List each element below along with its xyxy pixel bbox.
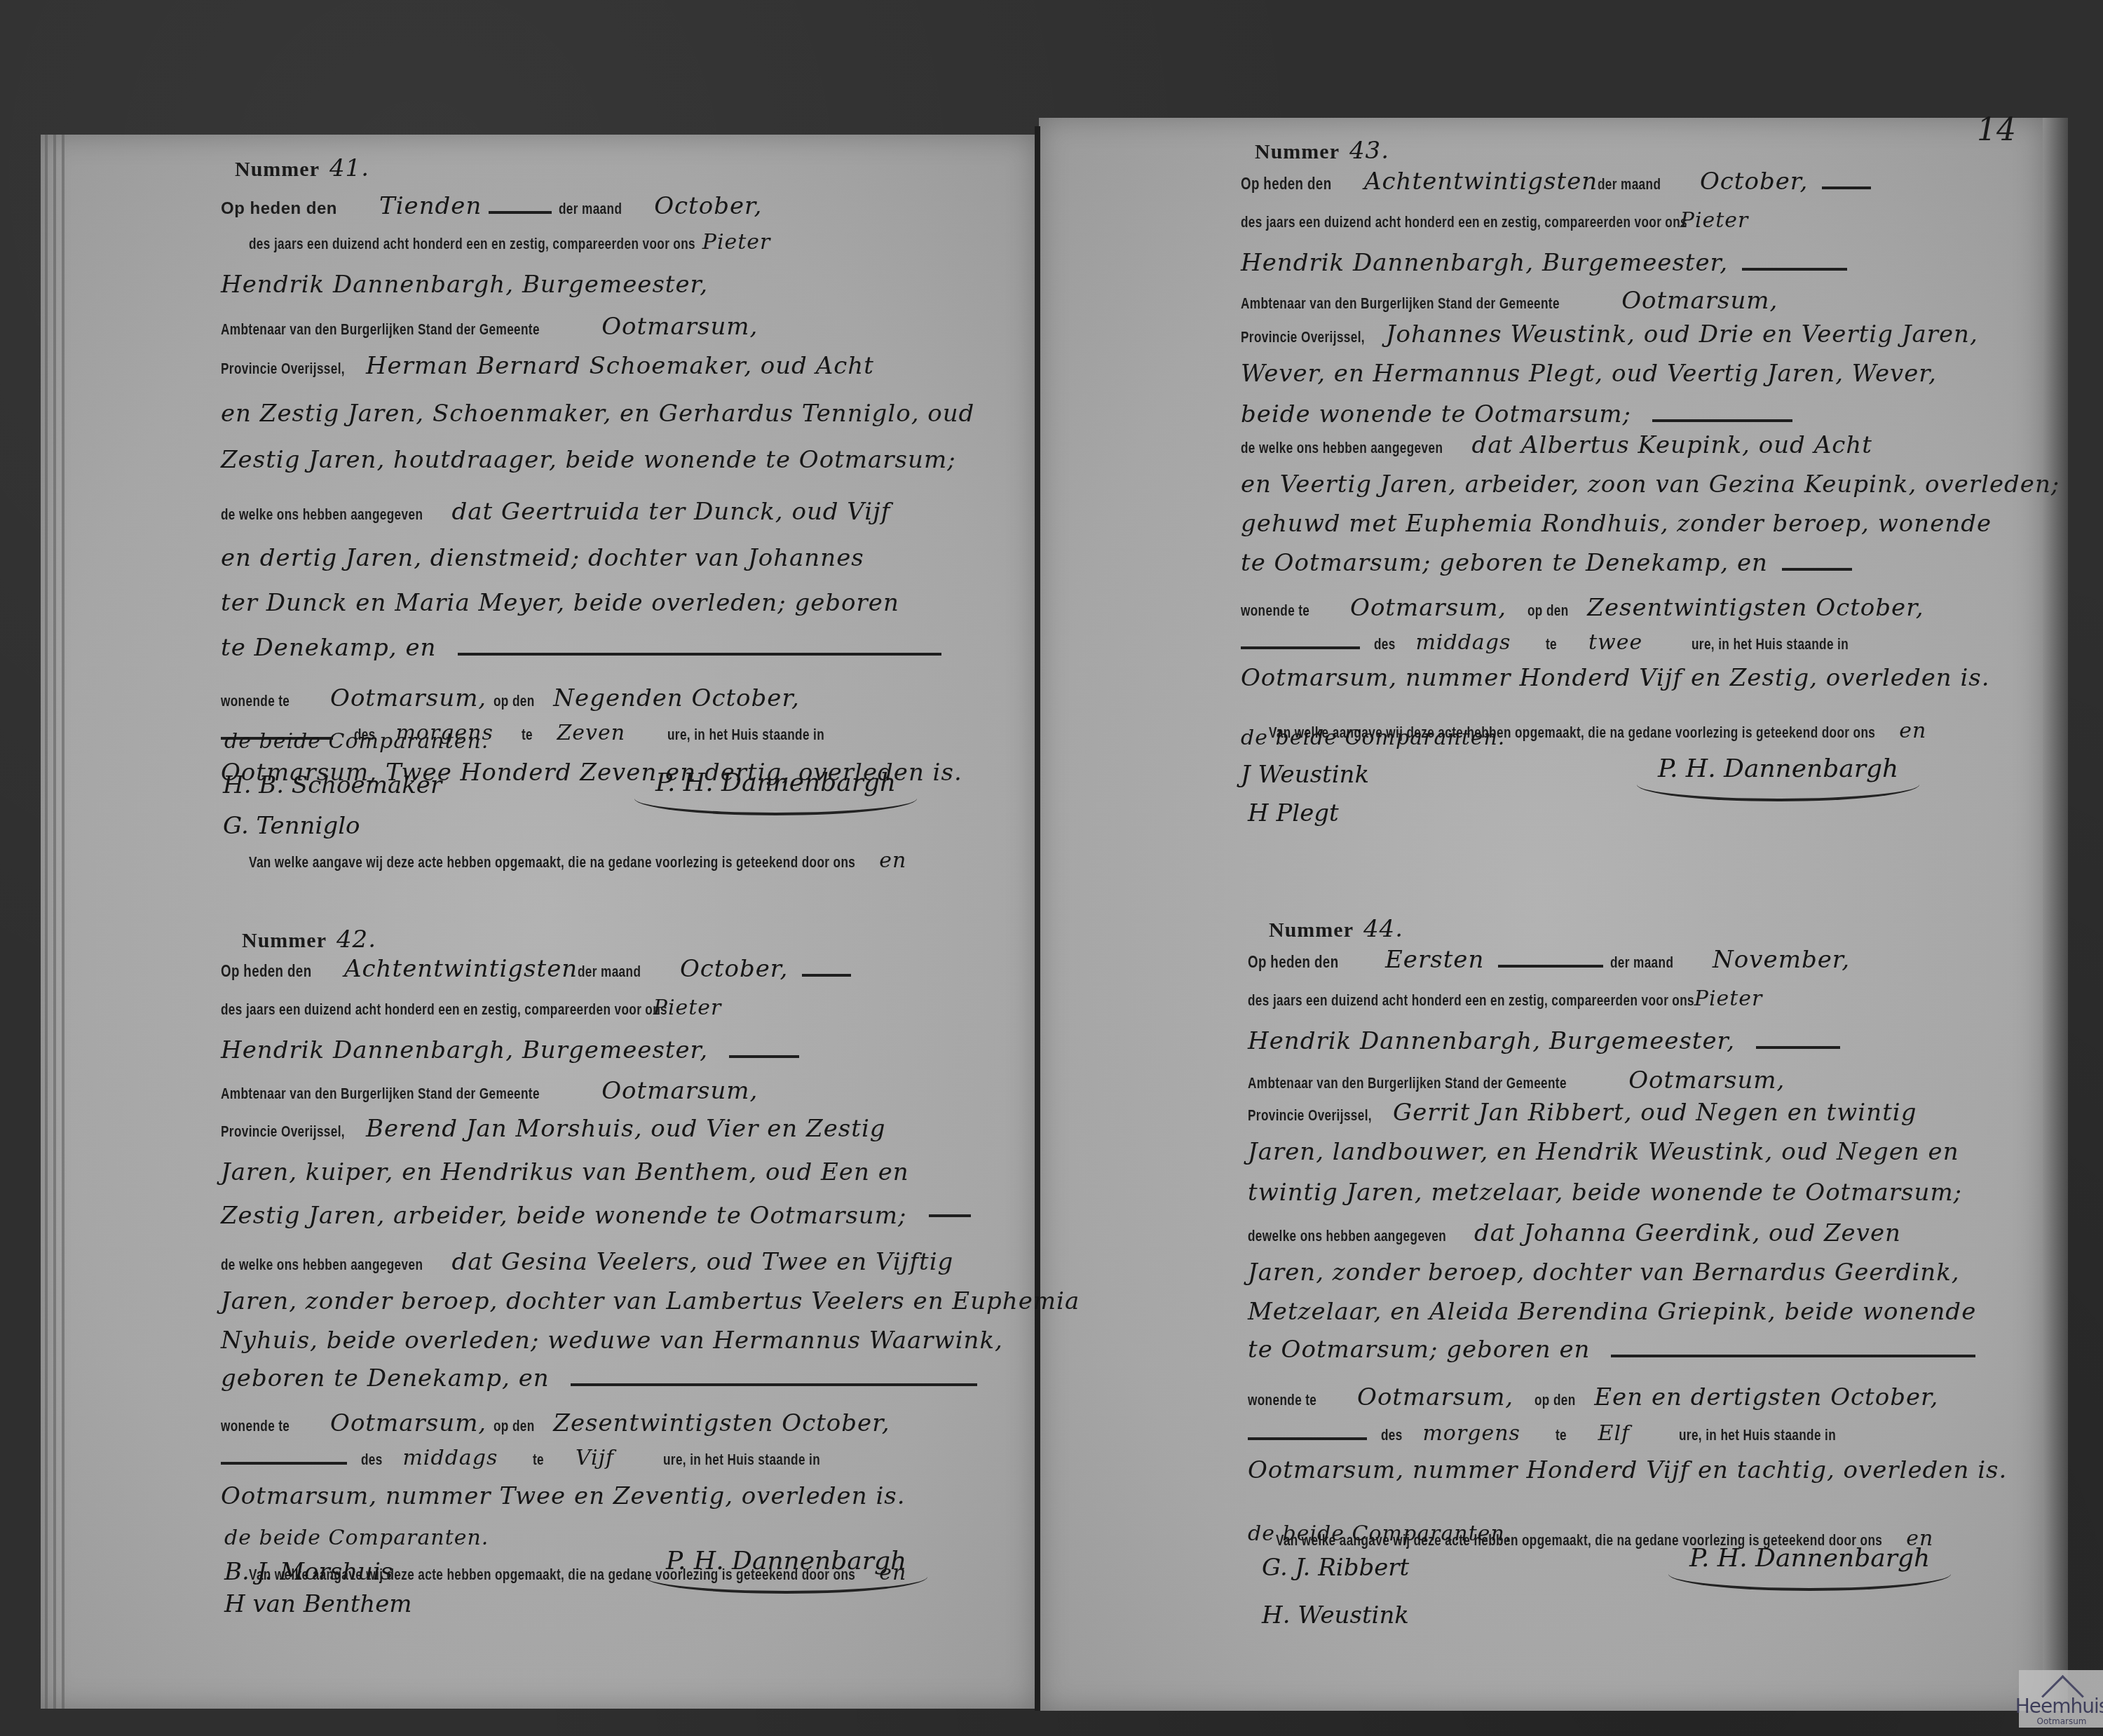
deceased-line: Nyhuis, beide overleden; weduwe van Herm… xyxy=(221,1327,1003,1355)
op-den-label: op den xyxy=(494,1417,535,1435)
de-welke-label: de welke ons hebben aangegeven xyxy=(221,506,423,524)
declarants-line: Herman Bernard Schoemaker, oud Acht xyxy=(366,352,874,380)
de-welke-label: de welke ons hebben aangegeven xyxy=(1241,439,1443,457)
house-field: Ootmarsum, nummer Honderd Vijf en Zestig… xyxy=(1241,664,1990,692)
signature-declarant: G. Tenniglo xyxy=(223,812,360,840)
signature-official: P. H. Dannenbargh xyxy=(645,1542,927,1594)
death-date-field: Een en dertigsten October, xyxy=(1594,1383,1938,1411)
death-date-field: Zesentwintigsten October, xyxy=(1587,594,1924,622)
declarants-line: Zestig Jaren, arbeider, beide wonende te… xyxy=(221,1202,906,1230)
des-label: des xyxy=(361,1451,383,1469)
declarants-line: Jaren, kuiper, en Hendrikus van Benthem,… xyxy=(221,1158,909,1186)
declarants-line: Berend Jan Morshuis, oud Vier en Zestig xyxy=(366,1115,886,1143)
deceased-line: dat Gesina Veelers, oud Twee en Vijftig xyxy=(452,1248,954,1276)
signing-line: de beide Comparanten. xyxy=(1241,726,1505,750)
residence-field: Ootmarsum, xyxy=(1350,594,1506,622)
official-first-name: Pieter xyxy=(1680,208,1749,233)
de-welke-label: dewelke ons hebben aangegeven xyxy=(1248,1227,1446,1245)
page-edge xyxy=(45,135,48,1709)
page-stack-edge xyxy=(2043,118,2068,1711)
record-number: 42. xyxy=(336,925,376,954)
signing-line: de beide Comparanten. xyxy=(224,1526,489,1550)
signature-declarant: J Weustink xyxy=(1241,761,1369,789)
te-label: te xyxy=(1556,1426,1567,1444)
deceased-line: Jaren, zonder beroep, dochter van Bernar… xyxy=(1248,1259,1960,1287)
gemeente-field: Ootmarsum, xyxy=(601,1077,758,1105)
residence-field: Ootmarsum, xyxy=(330,684,486,712)
house-field: Ootmarsum, nummer Twee en Zeventig, over… xyxy=(221,1482,906,1510)
ambtenaar-label: Ambtenaar van den Burgerlijken Stand der… xyxy=(1248,1074,1567,1092)
deceased-line: gehuwd met Euphemia Rondhuis, zonder ber… xyxy=(1241,510,1992,538)
signature-declarant: H Plegt xyxy=(1248,799,1339,827)
der-maand-label: der maand xyxy=(1610,954,1673,972)
der-maand-label: der maand xyxy=(559,200,622,218)
signature-declarant: H. B. Schoemaker xyxy=(223,771,442,799)
ure-label: ure, in het Huis staande in xyxy=(667,726,824,744)
nummer-label: Nummer xyxy=(235,158,320,182)
deceased-line: te Ootmarsum; geboren en xyxy=(1248,1336,1590,1364)
day-field: Achtentwintigsten xyxy=(1364,168,1598,196)
day-field: Tienden xyxy=(379,192,482,220)
nummer-label: Nummer xyxy=(1269,918,1354,942)
des-label: des xyxy=(1374,635,1396,653)
provincie-label: Provincie Overijssel, xyxy=(221,1123,345,1141)
deceased-line: Metzelaar, en Aleida Berendina Griepink,… xyxy=(1248,1298,1976,1326)
signature-declarant: B. J. Morshuis xyxy=(224,1558,393,1586)
death-date-field: Negenden October, xyxy=(553,684,800,712)
time-of-day-field: middags xyxy=(1415,630,1511,655)
month-field: November, xyxy=(1713,946,1850,974)
page-edge xyxy=(53,135,56,1709)
ure-label: ure, in het Huis staande in xyxy=(1679,1426,1836,1444)
wonende-label: wonende te xyxy=(1241,602,1309,620)
deceased-line: ter Dunck en Maria Meyer, beide overlede… xyxy=(221,589,899,617)
official-name: Hendrik Dannenbargh, Burgemeester, xyxy=(221,1036,708,1064)
declarants-line: beide wonende te Ootmarsum; xyxy=(1241,400,1631,428)
op-heden-label: Op heden den xyxy=(221,962,311,982)
deceased-line: en dertig Jaren, dienstmeid; dochter van… xyxy=(221,544,864,572)
gemeente-field: Ootmarsum, xyxy=(1628,1066,1785,1094)
deceased-line: dat Albertus Keupink, oud Acht xyxy=(1472,431,1872,459)
month-field: October, xyxy=(1700,168,1808,196)
des-label: des xyxy=(1381,1426,1403,1444)
ambtenaar-label: Ambtenaar van den Burgerlijken Stand der… xyxy=(221,320,540,339)
time-of-day-field: middags xyxy=(402,1446,498,1470)
ure-label: ure, in het Huis staande in xyxy=(1692,635,1849,653)
page-edge xyxy=(62,135,64,1709)
deceased-line: en Veertig Jaren, arbeider, zoon van Gez… xyxy=(1241,470,2060,499)
deceased-line: Jaren, zonder beroep, dochter van Lamber… xyxy=(221,1287,1080,1315)
record-44: Nummer 44. Op heden den Eersten der maan… xyxy=(1248,915,2040,1588)
nummer-label: Nummer xyxy=(1255,140,1340,164)
record-number: 41. xyxy=(329,154,369,182)
signature-declarant: H van Benthem xyxy=(224,1590,412,1618)
declarants-line: Jaren, landbouwer, en Hendrik Weustink, … xyxy=(1248,1138,1959,1166)
deceased-line: te Denekamp, en xyxy=(221,634,437,662)
wonende-label: wonende te xyxy=(221,1417,290,1435)
der-maand-label: der maand xyxy=(1598,175,1661,194)
deceased-line: geboren te Denekamp, en xyxy=(221,1364,550,1392)
wonende-label: wonende te xyxy=(221,692,290,710)
op-den-label: op den xyxy=(1534,1391,1576,1409)
te-label: te xyxy=(1546,635,1557,653)
hour-field: Zeven xyxy=(557,721,626,745)
signing-line: de beide Comparanten. xyxy=(224,729,489,754)
gemeente-field: Ootmarsum, xyxy=(1621,287,1778,315)
op-den-label: op den xyxy=(494,692,535,710)
heemhuis-logo: Heemhuis Ootmarsum xyxy=(2019,1670,2103,1728)
ambtenaar-label: Ambtenaar van den Burgerlijken Stand der… xyxy=(221,1085,540,1103)
house-field: Ootmarsum, nummer Honderd Vijf en tachti… xyxy=(1248,1456,2007,1484)
signing-suffix: en xyxy=(879,848,906,873)
declarants-line: twintig Jaren, metzelaar, beide wonende … xyxy=(1248,1179,1962,1207)
provincie-label: Provincie Overijssel, xyxy=(221,360,345,378)
time-of-day-field: morgens xyxy=(1422,1421,1520,1446)
declarants-line: Wever, en Hermannus Plegt, oud Veertig J… xyxy=(1241,360,1937,388)
ambtenaar-label: Ambtenaar van den Burgerlijken Stand der… xyxy=(1241,294,1560,313)
death-date-field: Zesentwintigsten October, xyxy=(553,1409,890,1437)
signing-suffix: en xyxy=(1899,719,1926,743)
de-welke-label: de welke ons hebben aangegeven xyxy=(221,1256,423,1274)
signature-declarant: G. J. Ribbert xyxy=(1262,1554,1409,1582)
signature-declarant: H. Weustink xyxy=(1262,1601,1409,1629)
op-heden-label: Op heden den xyxy=(221,188,337,221)
record-42: Nummer 42. Op heden den Achtentwintigste… xyxy=(221,925,1013,1599)
provincie-label: Provincie Overijssel, xyxy=(1241,328,1365,346)
op-heden-label: Op heden den xyxy=(1241,175,1331,194)
signature-official: P. H. Dannenbargh xyxy=(634,764,917,815)
official-first-name: Pieter xyxy=(702,230,771,255)
deceased-line: dat Geertruida ter Dunck, oud Vijf xyxy=(452,498,891,526)
declarants-line: en Zestig Jaren, Schoenmaker, en Gerhard… xyxy=(221,400,974,428)
provincie-label: Provincie Overijssel, xyxy=(1248,1106,1372,1125)
deceased-line: dat Johanna Geerdink, oud Zeven xyxy=(1474,1219,1901,1247)
hour-field: twee xyxy=(1588,630,1642,655)
closing-statement: Van welke aangave wij deze acte hebben o… xyxy=(249,853,855,872)
signature-official: P. H. Dannenbargh xyxy=(1668,1540,1951,1591)
residence-field: Ootmarsum, xyxy=(1357,1383,1513,1411)
official-name: Hendrik Dannenbargh, Burgemeester, xyxy=(221,271,708,299)
day-field: Achtentwintigsten xyxy=(344,955,578,983)
year-line: des jaars een duizend acht honderd een e… xyxy=(249,235,695,253)
te-label: te xyxy=(522,726,533,744)
signing-line: de beide Comparanten. xyxy=(1248,1521,1512,1546)
official-first-name: Pieter xyxy=(1694,986,1763,1011)
deceased-line: te Ootmarsum; geboren te Denekamp, en xyxy=(1241,549,1768,577)
book-gutter xyxy=(1035,126,1040,1711)
declarants-line: Gerrit Jan Ribbert, oud Negen en twintig xyxy=(1393,1099,1917,1127)
month-field: October, xyxy=(680,955,788,983)
hour-field: Vijf xyxy=(576,1446,614,1470)
declarants-line: Zestig Jaren, houtdraager, beide wonende… xyxy=(221,446,956,474)
te-label: te xyxy=(533,1451,544,1469)
record-number: 44. xyxy=(1363,915,1403,943)
day-field: Eersten xyxy=(1385,946,1484,974)
op-den-label: op den xyxy=(1527,602,1569,620)
op-heden-label: Op heden den xyxy=(1248,953,1338,972)
logo-subtitle: Ootmarsum xyxy=(2036,1716,2086,1726)
declarants-line: Johannes Weustink, oud Drie en Veertig J… xyxy=(1386,320,1978,348)
wonende-label: wonende te xyxy=(1248,1391,1316,1409)
record-number: 43. xyxy=(1349,137,1389,165)
hour-field: Elf xyxy=(1598,1421,1631,1446)
official-name: Hendrik Dannenbargh, Burgemeester, xyxy=(1248,1027,1735,1055)
signature-official: P. H. Dannenbargh xyxy=(1637,750,1919,801)
residence-field: Ootmarsum, xyxy=(330,1409,486,1437)
year-line: des jaars een duizend acht honderd een e… xyxy=(1241,213,1687,231)
der-maand-label: der maand xyxy=(578,963,641,981)
month-field: October, xyxy=(654,192,762,220)
gemeente-field: Ootmarsum, xyxy=(601,313,758,341)
year-line: des jaars een duizend acht honderd een e… xyxy=(1248,991,1694,1010)
nummer-label: Nummer xyxy=(242,929,327,953)
year-line: des jaars een duizend acht honderd een e… xyxy=(221,1001,667,1019)
official-name: Hendrik Dannenbargh, Burgemeester, xyxy=(1241,249,1728,277)
ure-label: ure, in het Huis staande in xyxy=(663,1451,820,1469)
